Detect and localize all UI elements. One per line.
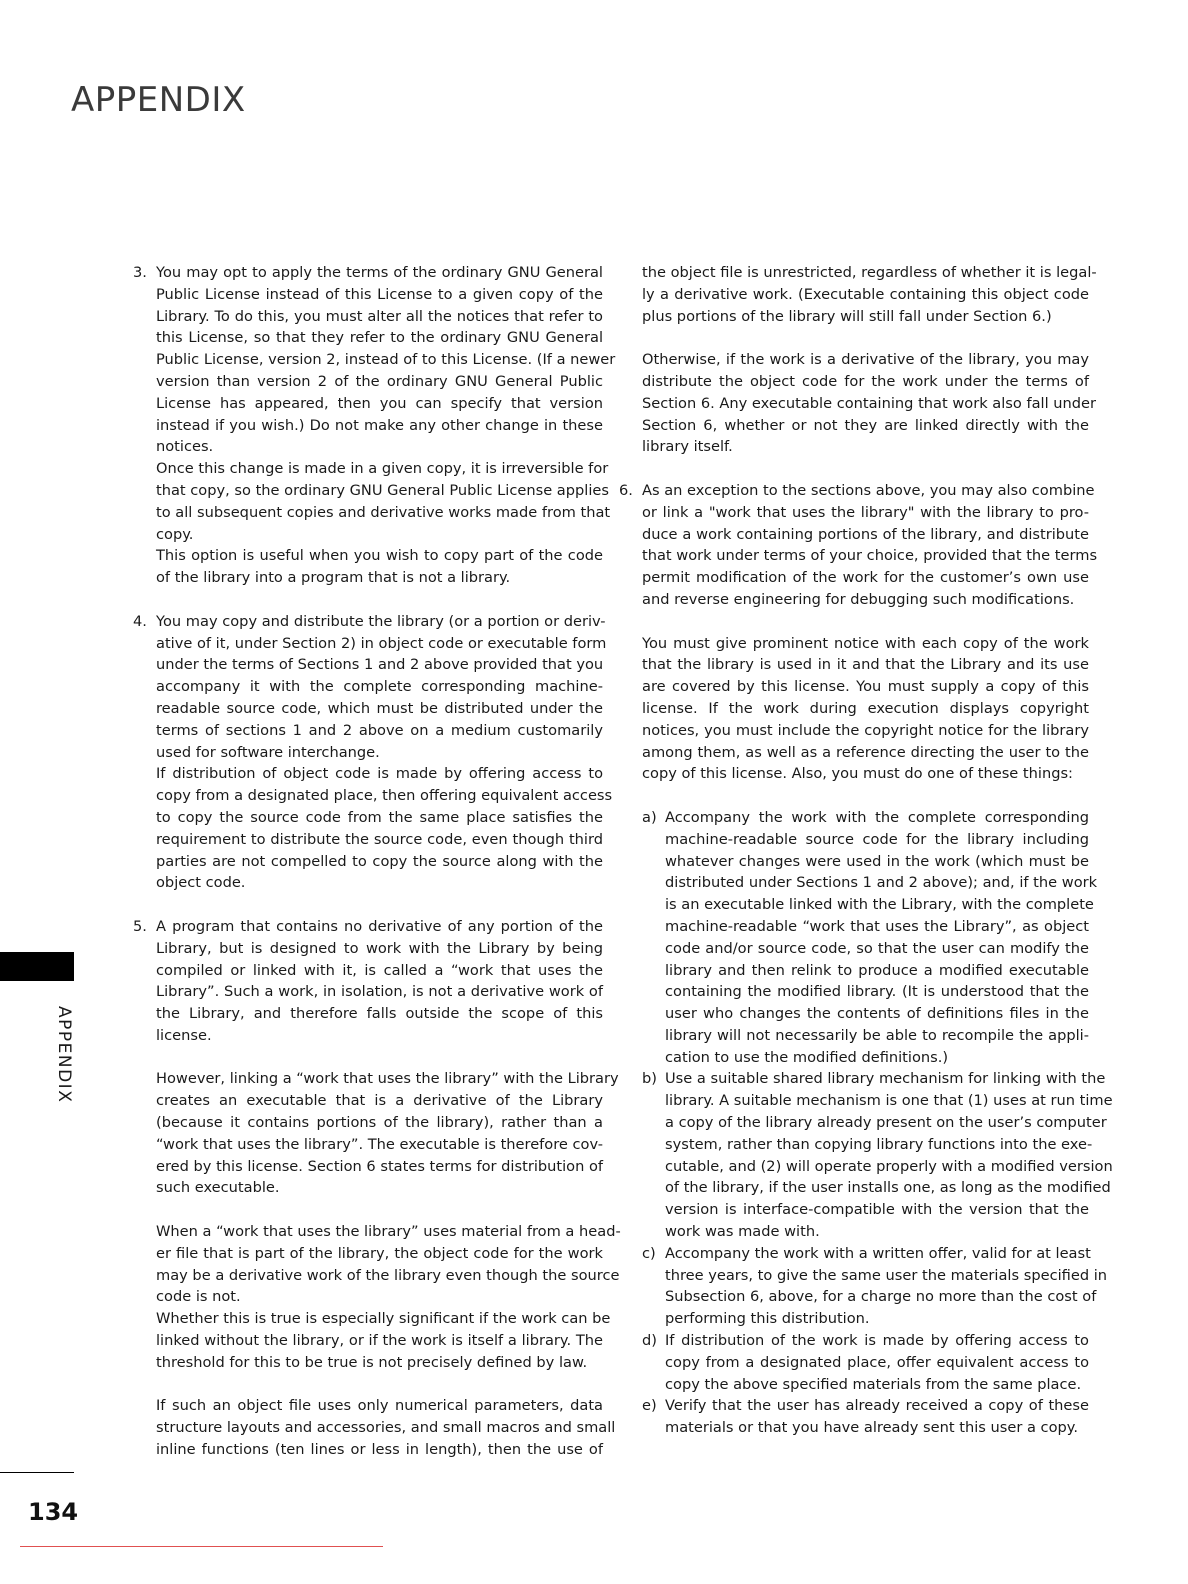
list-marker: a) <box>642 807 657 829</box>
right-column: the object file is unrestricted, regardl… <box>619 262 1089 1439</box>
section-5-continued: the object file is unrestricted, regardl… <box>619 262 1089 458</box>
text-line: such executable. <box>156 1177 603 1199</box>
text-line: or link a "work that uses the library" w… <box>642 502 1089 524</box>
text-line: If such an object file uses only numeric… <box>156 1395 603 1417</box>
paragraph: When a “work that uses the library” uses… <box>156 1221 603 1308</box>
text-line: Public License, version 2, instead of to… <box>156 349 603 371</box>
text-line: library itself. <box>642 436 1089 458</box>
text-line: three years, to give the same user the m… <box>665 1265 1089 1287</box>
list-item-b: b) Use a suitable shared library mechani… <box>642 1068 1089 1242</box>
text-line: user who changes the contents of definit… <box>665 1003 1089 1025</box>
text-line: whatever changes were used in the work (… <box>665 851 1089 873</box>
text-line: a copy of the library already present on… <box>665 1112 1089 1134</box>
text-line: distributed under Sections 1 and 2 above… <box>665 872 1089 894</box>
text-line: are covered by this license. You must su… <box>642 676 1089 698</box>
text-line: to all subsequent copies and derivative … <box>156 502 603 524</box>
text-line: version is interface-compatible with the… <box>665 1199 1089 1221</box>
text-line: copy from a designated place, offer equi… <box>665 1352 1089 1374</box>
text-line: You may copy and distribute the library … <box>156 611 603 633</box>
paragraph: If distribution of object code is made b… <box>156 763 603 894</box>
text-line: materials or that you have already sent … <box>665 1417 1089 1439</box>
text-line: duce a work containing portions of the l… <box>642 524 1089 546</box>
text-line: system, rather than copying library func… <box>665 1134 1089 1156</box>
section-3: 3. You may opt to apply the terms of the… <box>133 262 603 589</box>
text-line: This option is useful when you wish to c… <box>156 545 603 567</box>
text-line: plus portions of the library will still … <box>642 306 1089 328</box>
text-line: cation to use the modified definitions.) <box>665 1047 1089 1069</box>
text-line: creates an executable that is a derivati… <box>156 1090 603 1112</box>
page-number: 134 <box>28 1498 78 1526</box>
text-line: used for software interchange. <box>156 742 603 764</box>
text-line: Otherwise, if the work is a derivative o… <box>642 349 1089 371</box>
text-line: ative of it, under Section 2) in object … <box>156 633 603 655</box>
list-item-text: Accompany the work with the complete cor… <box>665 807 1089 1069</box>
text-line: performing this distribution. <box>665 1308 1089 1330</box>
text-line: Library, but is designed to work with th… <box>156 938 603 960</box>
paragraph: You may copy and distribute the library … <box>156 611 603 764</box>
text-line: may be a derivative work of the library … <box>156 1265 603 1287</box>
text-line: object code. <box>156 872 603 894</box>
text-line: linked without the library, or if the wo… <box>156 1330 603 1352</box>
paragraph: Whether this is true is especially signi… <box>156 1308 603 1373</box>
text-line: is an executable linked with the Library… <box>665 894 1089 916</box>
text-line: machine-readable “work that uses the Lib… <box>665 916 1089 938</box>
paragraph: A program that contains no derivative of… <box>156 916 603 1047</box>
list-item-a: a) Accompany the work with the complete … <box>642 807 1089 1069</box>
left-column: 3. You may opt to apply the terms of the… <box>133 262 603 1461</box>
text-line: If distribution of object code is made b… <box>156 763 603 785</box>
text-line: accompany it with the complete correspon… <box>156 676 603 698</box>
text-line: of the library, if the user installs one… <box>665 1177 1089 1199</box>
text-line: ly a derivative work. (Executable contai… <box>642 284 1089 306</box>
section-tab-marker <box>0 952 74 981</box>
text-line: notices. <box>156 436 603 458</box>
text-line: the object file is unrestricted, regardl… <box>642 262 1089 284</box>
text-line: cutable, and (2) will operate properly w… <box>665 1156 1089 1178</box>
text-line: license. If the work during execution di… <box>642 698 1089 720</box>
text-line: copy the above specified materials from … <box>665 1374 1089 1396</box>
text-line: Section 6, whether or not they are linke… <box>642 415 1089 437</box>
section-number: 6. <box>619 480 633 502</box>
paragraph: You may opt to apply the terms of the or… <box>156 262 603 458</box>
text-line: inline functions (ten lines or less in l… <box>156 1439 603 1461</box>
section-number: 3. <box>133 262 147 284</box>
text-line: notices, you must include the copyright … <box>642 720 1089 742</box>
text-line: the Library, and therefore falls outside… <box>156 1003 603 1025</box>
text-line: License has appeared, then you can speci… <box>156 393 603 415</box>
list-item-text: Accompany the work with a written offer,… <box>665 1243 1089 1330</box>
list-marker: d) <box>642 1330 657 1352</box>
text-line: work was made with. <box>665 1221 1089 1243</box>
text-line: license. <box>156 1025 603 1047</box>
text-line: ered by this license. Section 6 states t… <box>156 1156 603 1178</box>
text-line: under the terms of Sections 1 and 2 abov… <box>156 654 603 676</box>
paragraph: This option is useful when you wish to c… <box>156 545 603 589</box>
list-marker: e) <box>642 1395 657 1417</box>
text-line: Once this change is made in a given copy… <box>156 458 603 480</box>
list-item-c: c) Accompany the work with a written off… <box>642 1243 1089 1330</box>
paragraph: If such an object file uses only numeric… <box>156 1395 603 1460</box>
list-item-text: Verify that the user has already receive… <box>665 1395 1089 1439</box>
text-line: You may opt to apply the terms of the or… <box>156 262 603 284</box>
text-line: You must give prominent notice with each… <box>642 633 1089 655</box>
text-line: “work that uses the library”. The execut… <box>156 1134 603 1156</box>
text-line: Verify that the user has already receive… <box>665 1395 1089 1417</box>
paragraph: As an exception to the sections above, y… <box>642 480 1089 611</box>
text-line: copy from a designated place, then offer… <box>156 785 603 807</box>
text-line: copy of this license. Also, you must do … <box>642 763 1089 785</box>
section-tab-label: APPENDIX <box>54 1006 74 1103</box>
text-line: terms of sections 1 and 2 above on a med… <box>156 720 603 742</box>
text-line: structure layouts and accessories, and s… <box>156 1417 603 1439</box>
text-line: library. A suitable mechanism is one tha… <box>665 1090 1089 1112</box>
section-6: 6. As an exception to the sections above… <box>619 480 1089 1439</box>
text-line: this License, so that they refer to the … <box>156 327 603 349</box>
text-line: As an exception to the sections above, y… <box>642 480 1089 502</box>
text-line: machine-readable source code for the lib… <box>665 829 1089 851</box>
text-line: Use a suitable shared library mechanism … <box>665 1068 1089 1090</box>
text-line: Public License instead of this License t… <box>156 284 603 306</box>
text-line: that copy, so the ordinary GNU General P… <box>156 480 603 502</box>
section-number: 5. <box>133 916 147 938</box>
text-line: that work under terms of your choice, pr… <box>642 545 1089 567</box>
paragraph: Otherwise, if the work is a derivative o… <box>642 349 1089 458</box>
text-line: parties are not compelled to copy the so… <box>156 851 603 873</box>
text-line: instead if you wish.) Do not make any ot… <box>156 415 603 437</box>
text-line: If distribution of the work is made by o… <box>665 1330 1089 1352</box>
text-line: When a “work that uses the library” uses… <box>156 1221 603 1243</box>
paragraph: Once this change is made in a given copy… <box>156 458 603 545</box>
paragraph: the object file is unrestricted, regardl… <box>642 262 1089 327</box>
text-line: code is not. <box>156 1286 603 1308</box>
text-line: library and then relink to produce a mod… <box>665 960 1089 982</box>
text-line: Section 6. Any executable containing tha… <box>642 393 1089 415</box>
text-line: threshold for this to be true is not pre… <box>156 1352 603 1374</box>
text-line: and reverse engineering for debugging su… <box>642 589 1089 611</box>
paragraph: You must give prominent notice with each… <box>642 633 1089 786</box>
text-line: Library”. Such a work, in isolation, is … <box>156 981 603 1003</box>
text-line: requirement to distribute the source cod… <box>156 829 603 851</box>
page-title: APPENDIX <box>71 80 246 120</box>
list-marker: c) <box>642 1243 656 1265</box>
text-line: A program that contains no derivative of… <box>156 916 603 938</box>
section-4: 4. You may copy and distribute the libra… <box>133 611 603 894</box>
text-line: permit modification of the work for the … <box>642 567 1089 589</box>
list-item-text: Use a suitable shared library mechanism … <box>665 1068 1089 1242</box>
text-line: er file that is part of the library, the… <box>156 1243 603 1265</box>
text-line: containing the modified library. (It is … <box>665 981 1089 1003</box>
paragraph: However, linking a “work that uses the l… <box>156 1068 603 1199</box>
text-line: Accompany the work with the complete cor… <box>665 807 1089 829</box>
text-line: library will not necessarily be able to … <box>665 1025 1089 1047</box>
list-marker: b) <box>642 1068 657 1090</box>
section-number: 4. <box>133 611 147 633</box>
text-line: compiled or linked with it, is called a … <box>156 960 603 982</box>
text-line: However, linking a “work that uses the l… <box>156 1068 603 1090</box>
footer-divider <box>20 1546 383 1547</box>
text-line: to copy the source code from the same pl… <box>156 807 603 829</box>
text-line: version than version 2 of the ordinary G… <box>156 371 603 393</box>
side-divider <box>0 1472 74 1473</box>
text-line: Whether this is true is especially signi… <box>156 1308 603 1330</box>
text-line: among them, as well as a reference direc… <box>642 742 1089 764</box>
text-line: Library. To do this, you must alter all … <box>156 306 603 328</box>
text-line: copy. <box>156 524 603 546</box>
list-item-d: d) If distribution of the work is made b… <box>642 1330 1089 1395</box>
text-line: of the library into a program that is no… <box>156 567 603 589</box>
text-line: (because it contains portions of the lib… <box>156 1112 603 1134</box>
text-line: readable source code, which must be dist… <box>156 698 603 720</box>
text-line: code and/or source code, so that the use… <box>665 938 1089 960</box>
text-line: Subsection 6, above, for a charge no mor… <box>665 1286 1089 1308</box>
text-line: distribute the object code for the work … <box>642 371 1089 393</box>
text-line: Accompany the work with a written offer,… <box>665 1243 1089 1265</box>
text-line: that the library is used in it and that … <box>642 654 1089 676</box>
list-item-text: If distribution of the work is made by o… <box>665 1330 1089 1395</box>
section-5: 5. A program that contains no derivative… <box>133 916 603 1461</box>
list-item-e: e) Verify that the user has already rece… <box>642 1395 1089 1439</box>
